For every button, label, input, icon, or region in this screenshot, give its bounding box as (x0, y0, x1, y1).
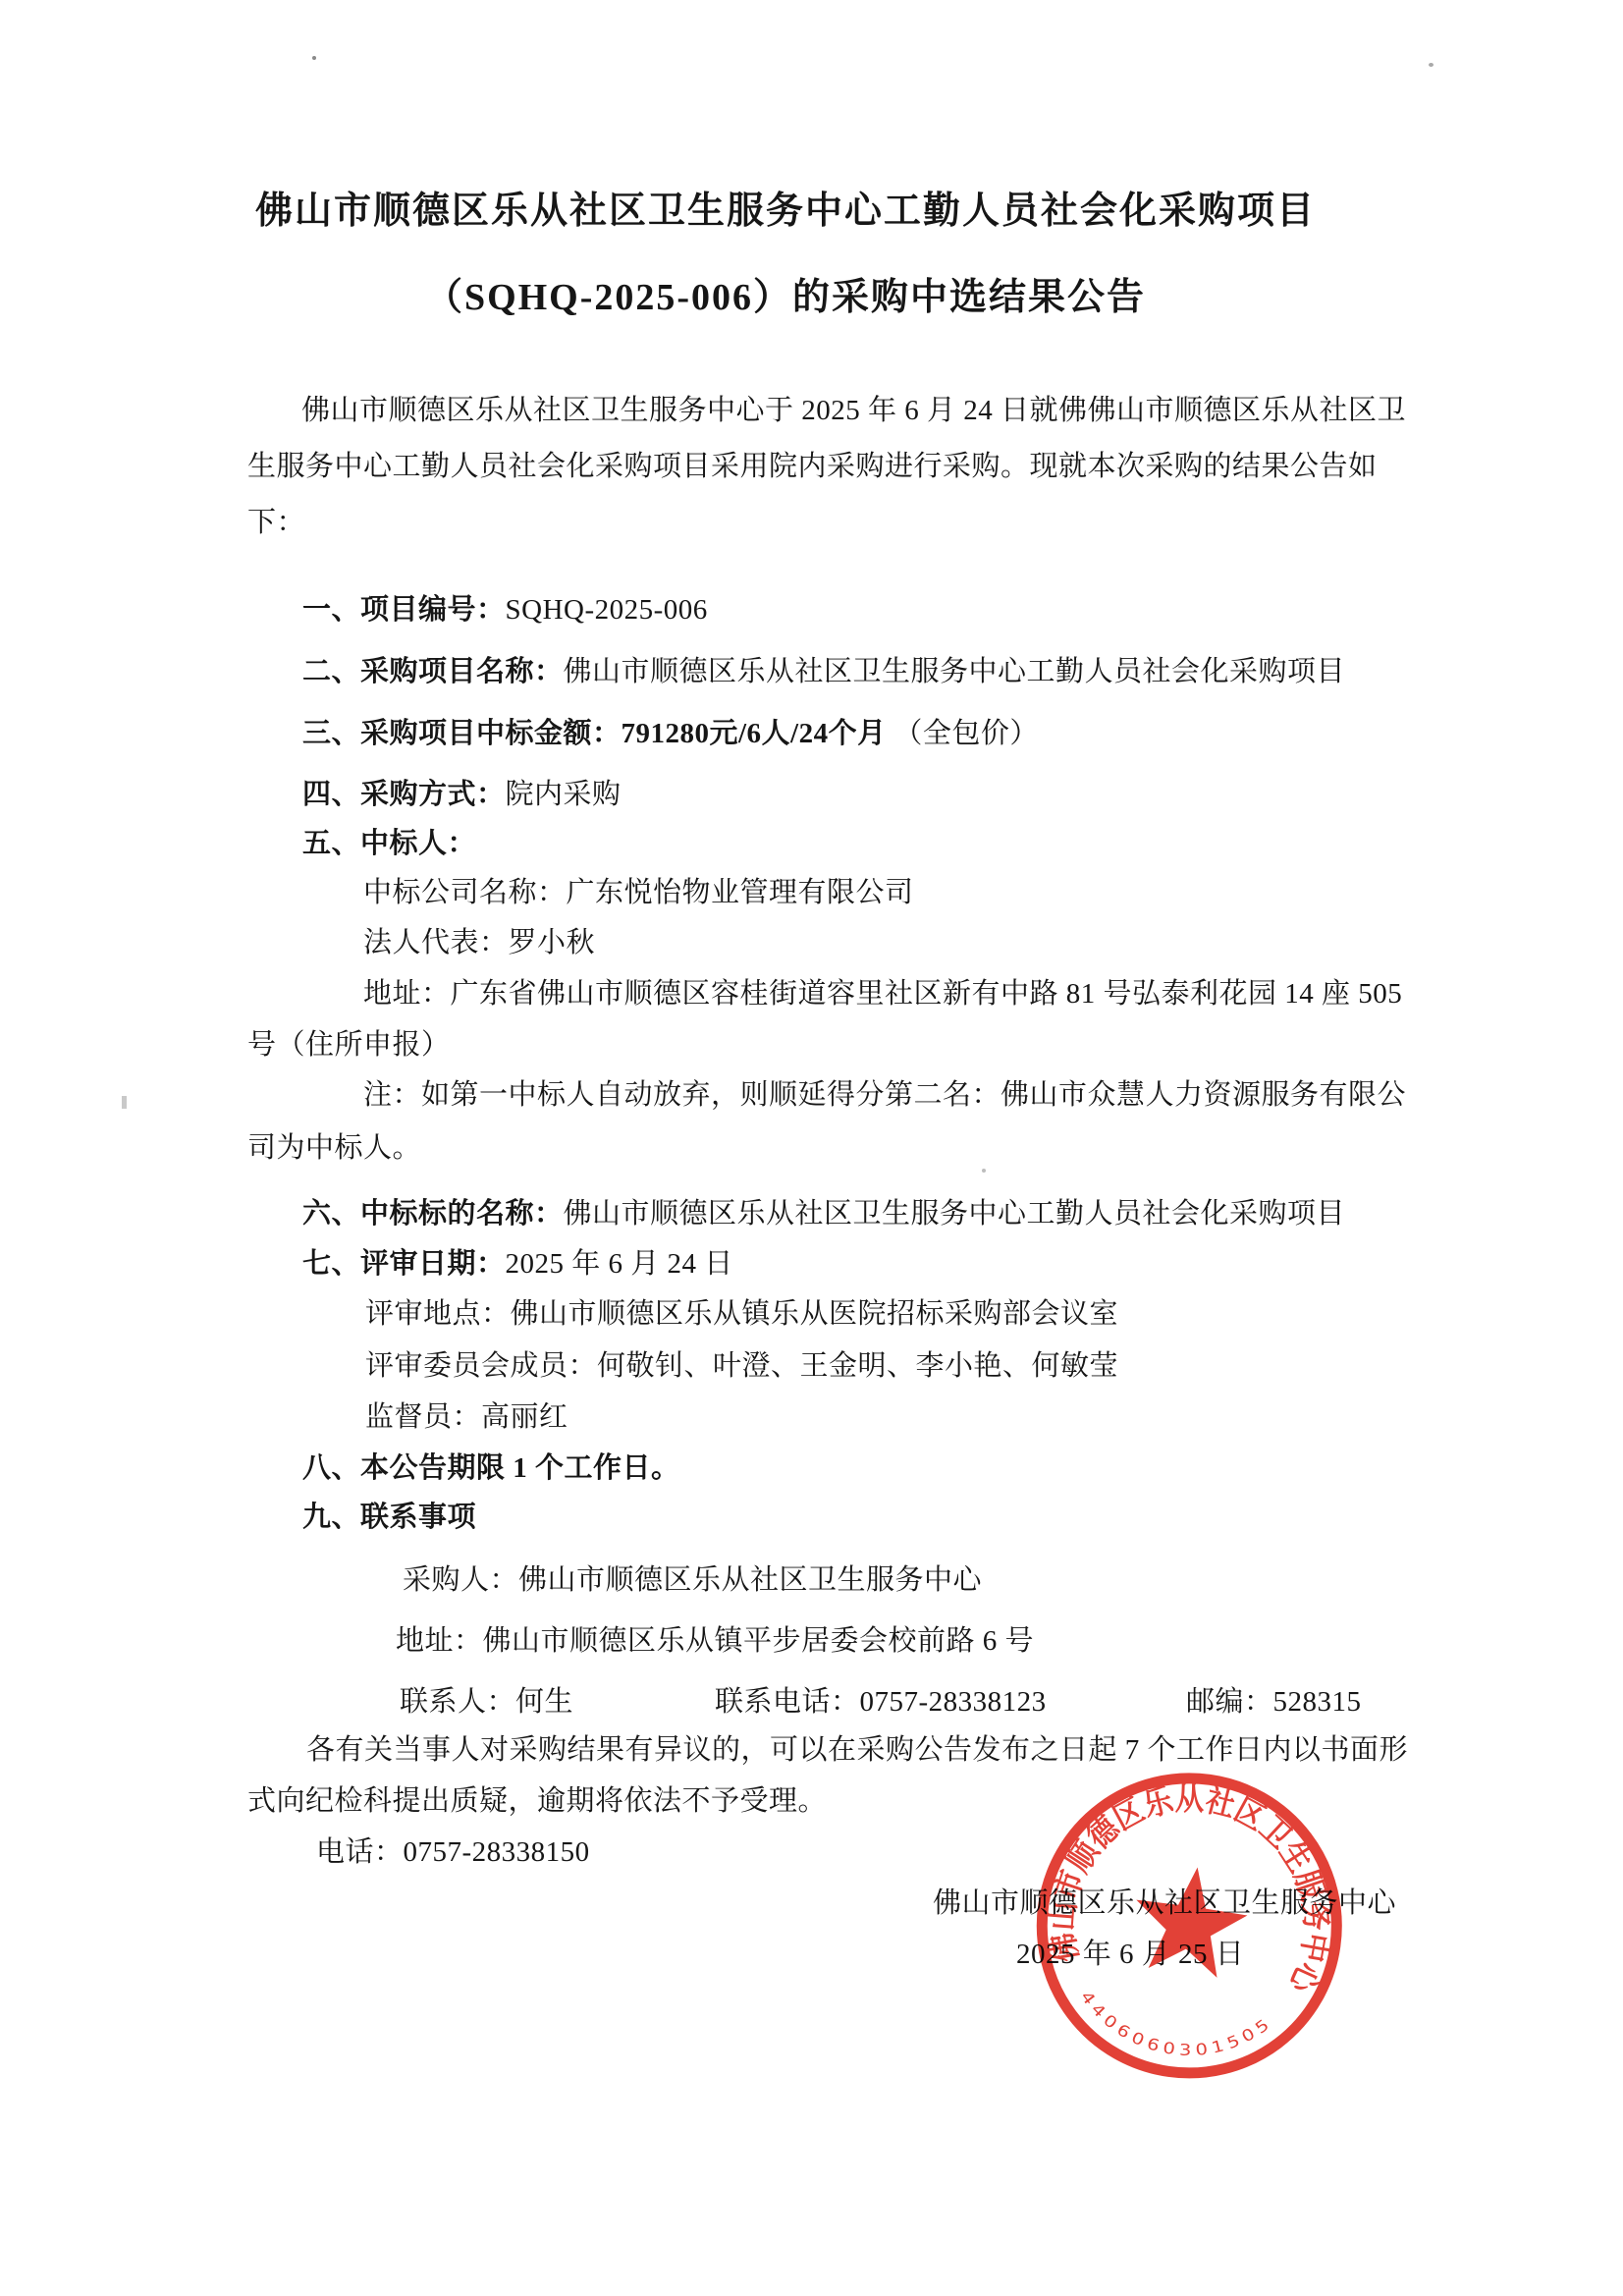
document-title: 佛山市顺德区乐从社区卫生服务中心工勤人员社会化采购项目 （SQHQ-2025-0… (128, 187, 1443, 322)
para-line-3: 下： (247, 507, 305, 539)
item-6-subject-name: 六、中标标的名称：佛山市顺德区乐从社区卫生服务中心工勤人员社会化采购项目 (302, 1198, 1345, 1230)
para-line-1: 佛山市顺德区乐从社区卫生服务中心于 2025 年 6 月 24 日就佛佛山市顺德… (301, 395, 1406, 427)
objection-line-1: 各有关当事人对采购结果有异议的，可以在采购公告发布之日起 7 个工作日内以书面形 (306, 1734, 1408, 1767)
item-9-contact-matters: 九、联系事项 (302, 1502, 476, 1534)
objection-line-2: 式向纪检科提出质疑，逾期将依法不予受理。 (247, 1785, 827, 1818)
winner-address-line-1: 地址：广东省佛山市顺德区容桂街道容里社区新有中路 81 号弘泰利花园 14 座 … (363, 978, 1402, 1011)
scan-speck (312, 56, 316, 60)
item-4-procurement-method: 四、采购方式：院内采购 (302, 779, 622, 811)
note-line-2: 司为中标人。 (247, 1132, 421, 1165)
winner-address-line-2: 号（住所申报） (247, 1029, 451, 1062)
item-7-review-date: 七、评审日期：2025 年 6 月 24 日 (302, 1248, 733, 1281)
item-2-project-name: 二、采购项目名称：佛山市顺德区乐从社区卫生服务中心工勤人员社会化采购项目 (302, 656, 1345, 688)
scanned-announcement-page: 佛山市顺德区乐从社区卫生服务中心工勤人员社会化采购项目 （SQHQ-2025-0… (0, 0, 1623, 2296)
phone-line: 电话：0757-28338150 (316, 1836, 590, 1869)
item-3-award-amount: 三、采购项目中标金额：791280元/6人/24个月 （全包价） (302, 718, 1039, 750)
legal-rep-line: 法人代表：罗小秋 (363, 927, 595, 959)
contact-phone: 联系电话：0757-28338123 (715, 1686, 1047, 1719)
purchaser-address-line: 地址：佛山市顺德区乐从镇平步居委会校前路 6 号 (396, 1625, 1034, 1658)
item-8-notice-period: 八、本公告期限 1 个工作日。 (302, 1452, 680, 1485)
note-line-1: 注：如第一中标人自动放弃，则顺延得分第二名：佛山市众慧人力资源服务有限公 (363, 1079, 1406, 1112)
purchaser-line: 采购人：佛山市顺德区乐从社区卫生服务中心 (403, 1564, 982, 1597)
winner-company-line: 中标公司名称：广东悦怡物业管理有限公司 (363, 877, 914, 909)
official-seal: 佛山市顺德区乐从社区卫生服务中心 4406060301505 (1002, 1744, 1379, 2111)
scan-speck (982, 1169, 986, 1173)
contact-person: 联系人：何生 (400, 1686, 573, 1719)
item-1-project-number: 一、项目编号：SQHQ-2025-006 (302, 594, 708, 627)
postal-code: 邮编：528315 (1186, 1686, 1362, 1719)
scan-speck (1429, 63, 1434, 67)
review-location-line: 评审地点：佛山市顺德区乐从镇乐从医院招标采购部会议室 (365, 1298, 1118, 1331)
supervisor-line: 监督员：高丽红 (365, 1401, 568, 1434)
para-line-2: 生服务中心工勤人员社会化采购项目采用院内采购进行采购。现就本次采购的结果公告如 (247, 451, 1378, 483)
item-5-winner: 五、中标人： (302, 828, 476, 860)
document-title-line1: 佛山市顺德区乐从社区卫生服务中心工勤人员社会化采购项目 (128, 187, 1443, 236)
document-title-line2: （SQHQ-2025-006）的采购中选结果公告 (128, 273, 1443, 322)
star-icon (1127, 1860, 1253, 1981)
review-committee-line: 评审委员会成员：何敬钊、叶澄、王金明、李小艳、何敏莹 (365, 1350, 1118, 1383)
scan-edge-artifact (122, 1096, 127, 1109)
